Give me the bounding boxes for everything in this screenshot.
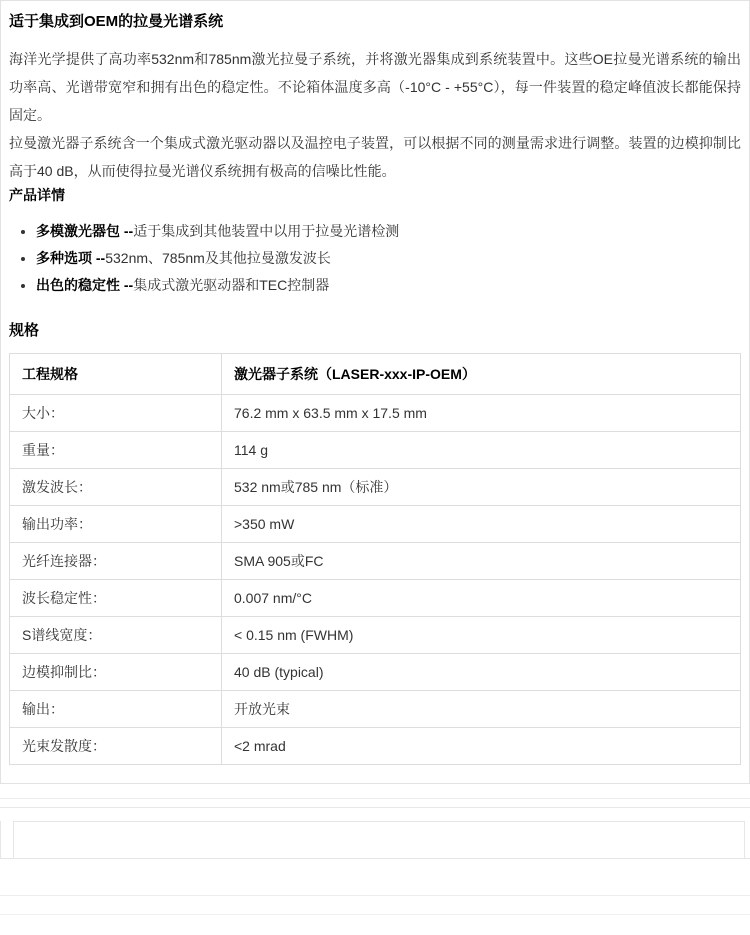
spec-label: 光纤连接器： [10, 543, 222, 580]
spec-value: >350 mW [222, 506, 741, 543]
spec-value: 532 nm或785 nm（标准） [222, 469, 741, 506]
feature-list: 多模激光器包 --适于集成到其他装置中以用于拉曼光谱检测 多种选项 --532n… [9, 218, 741, 299]
table-row: 输出：开放光束 [10, 691, 741, 728]
table-row: 光束发散度：<2 mrad [10, 728, 741, 765]
spec-value: 0.007 nm/°C [222, 580, 741, 617]
list-item: 多模激光器包 --适于集成到其他装置中以用于拉曼光谱检测 [36, 218, 741, 245]
spec-label: 波长稳定性： [10, 580, 222, 617]
specs-table: 工程规格 激光器子系统（LASER-xxx-IP-OEM） 大小：76.2 mm… [9, 353, 741, 765]
spec-label: 输出功率： [10, 506, 222, 543]
spec-label: 激发波长： [10, 469, 222, 506]
spec-name-header: 工程规格 [10, 354, 222, 395]
table-row: 激发波长：532 nm或785 nm（标准） [10, 469, 741, 506]
feature-name: 多种选项 -- [36, 250, 105, 266]
spec-label: S谱线宽度： [10, 617, 222, 654]
feature-name: 多模激光器包 -- [36, 223, 133, 239]
table-row: 重量：114 g [10, 432, 741, 469]
spec-label: 输出： [10, 691, 222, 728]
spec-label: 重量： [10, 432, 222, 469]
product-details-heading: 产品详情 [9, 185, 741, 206]
empty-footer-panel [0, 821, 750, 859]
feature-name: 出色的稳定性 -- [36, 277, 133, 293]
spec-value-header: 激光器子系统（LASER-xxx-IP-OEM） [222, 354, 741, 395]
bottom-divider-3 [0, 895, 750, 896]
bottom-divider-2 [0, 807, 750, 808]
spec-value: 114 g [222, 432, 741, 469]
spec-value: 开放光束 [222, 691, 741, 728]
product-page: 适于集成到OEM的拉曼光谱系统 海洋光学提供了高功率532nm和785nm激光拉… [0, 0, 750, 935]
spec-value: SMA 905或FC [222, 543, 741, 580]
table-row: 波长稳定性：0.007 nm/°C [10, 580, 741, 617]
empty-footer-cell [13, 821, 745, 858]
feature-desc: 集成式激光驱动器和TEC控制器 [133, 277, 329, 293]
list-item: 出色的稳定性 --集成式激光驱动器和TEC控制器 [36, 272, 741, 299]
page-title: 适于集成到OEM的拉曼光谱系统 [9, 12, 741, 32]
bottom-divider-4 [0, 914, 750, 915]
table-row: 大小：76.2 mm x 63.5 mm x 17.5 mm [10, 395, 741, 432]
table-row: 输出功率：>350 mW [10, 506, 741, 543]
spec-label: 边模抑制比： [10, 654, 222, 691]
spec-label: 光束发散度： [10, 728, 222, 765]
spec-value: 76.2 mm x 63.5 mm x 17.5 mm [222, 395, 741, 432]
table-header-row: 工程规格 激光器子系统（LASER-xxx-IP-OEM） [10, 354, 741, 395]
description-paragraph: 拉曼激光器子系统含一个集成式激光驱动器以及温控电子装置，可以根据不同的测量需求进… [9, 129, 741, 185]
table-row: 光纤连接器：SMA 905或FC [10, 543, 741, 580]
table-row: 边模抑制比：40 dB (typical) [10, 654, 741, 691]
bottom-divider-1 [0, 798, 750, 799]
spec-value: 40 dB (typical) [222, 654, 741, 691]
intro-paragraph: 海洋光学提供了高功率532nm和785nm激光拉曼子系统，并将激光器集成到系统装… [9, 45, 741, 129]
specs-heading: 规格 [9, 321, 741, 341]
product-content-box: 适于集成到OEM的拉曼光谱系统 海洋光学提供了高功率532nm和785nm激光拉… [0, 0, 750, 784]
list-item: 多种选项 --532nm、785nm及其他拉曼激发波长 [36, 245, 741, 272]
spec-value: <2 mrad [222, 728, 741, 765]
feature-desc: 适于集成到其他装置中以用于拉曼光谱检测 [133, 223, 399, 239]
table-row: S谱线宽度：< 0.15 nm (FWHM) [10, 617, 741, 654]
feature-desc: 532nm、785nm及其他拉曼激发波长 [105, 250, 331, 266]
spec-value: < 0.15 nm (FWHM) [222, 617, 741, 654]
spec-label: 大小： [10, 395, 222, 432]
